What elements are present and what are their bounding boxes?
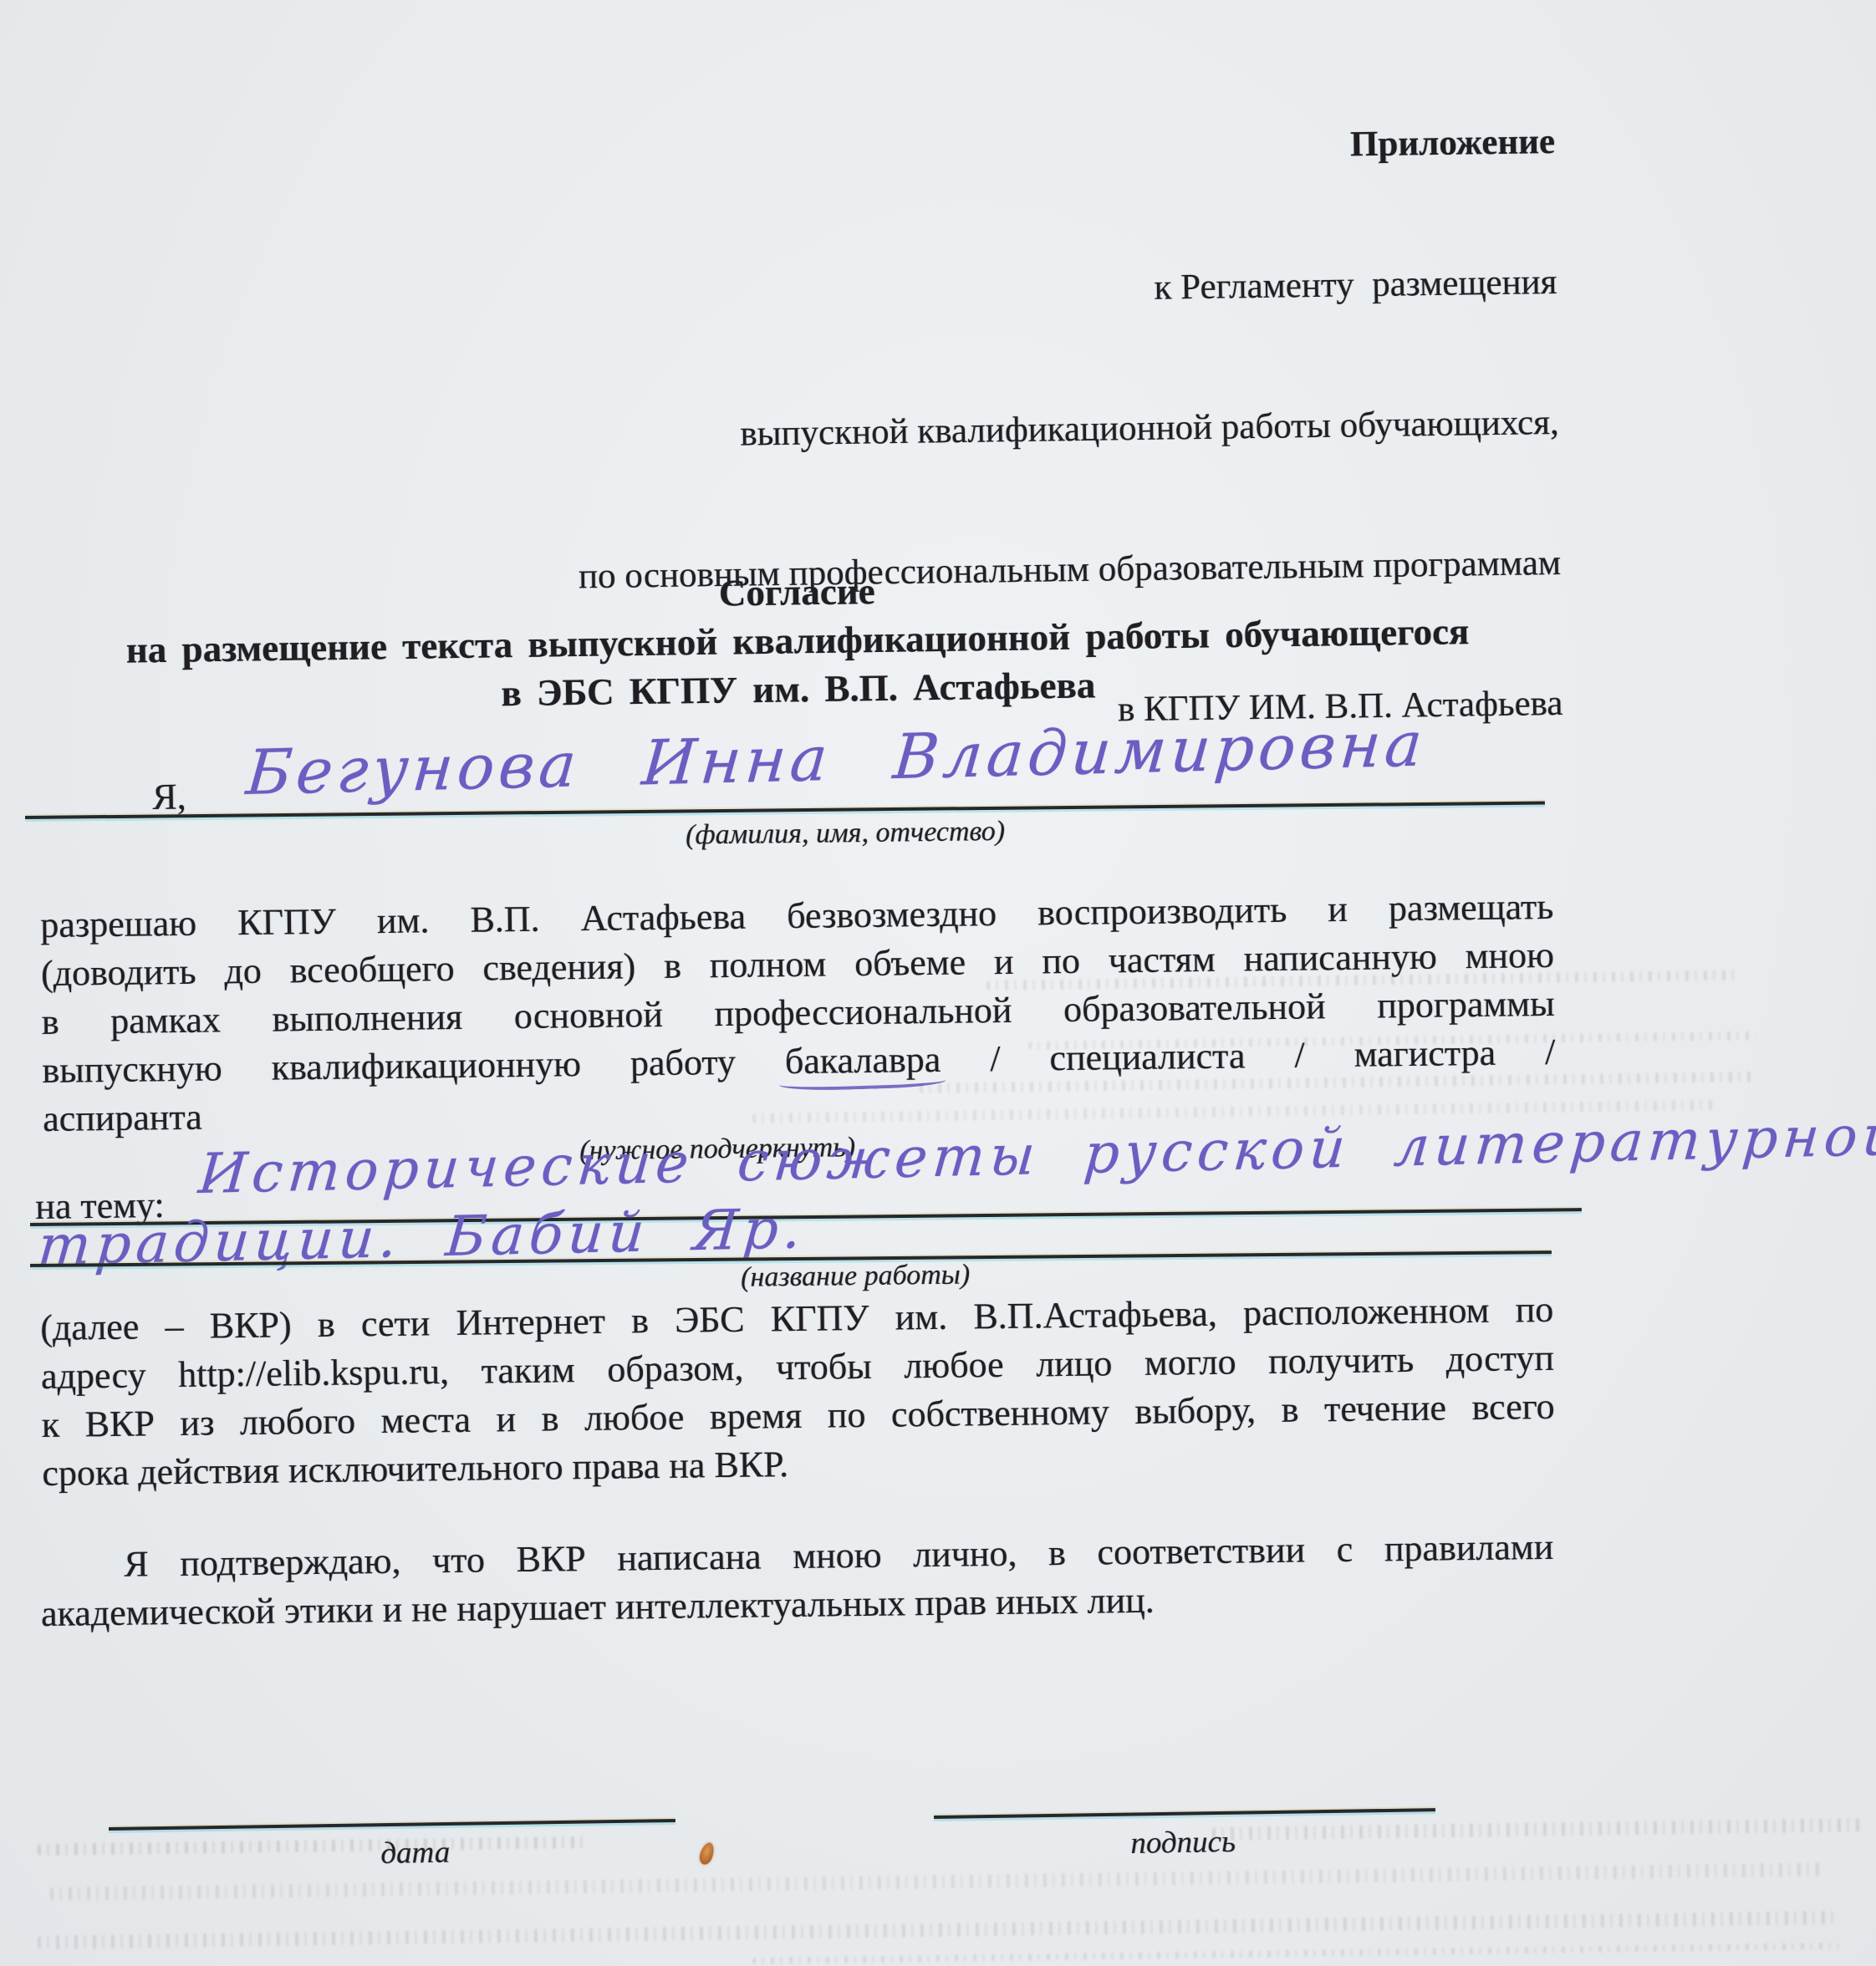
bleed-through-ghost — [1212, 1818, 1864, 1841]
name-caption: (фамилия, имя, отчество) — [686, 816, 1005, 852]
appendix-header-line: выпускной квалификационной работы обучаю… — [576, 400, 1559, 460]
distribution-paragraph: (далее – ВКР) в сети Интернет в ЭБС КГПУ… — [40, 1286, 1556, 1498]
date-signature-line — [109, 1819, 675, 1831]
name-prefix-label: Я, — [152, 775, 186, 818]
appendix-header-line: Приложение — [573, 119, 1556, 179]
bleed-through-ghost — [38, 1836, 589, 1856]
topic-caption: (название работы) — [741, 1259, 970, 1293]
consent-title: Согласие на размещение текста выпускной … — [40, 558, 1555, 724]
signature-line — [934, 1808, 1435, 1819]
paper-stain — [697, 1841, 716, 1866]
degree-bachelor-pen-underlined: бакалавра — [785, 1039, 941, 1082]
confirmation-paragraph: Я подтверждаю, что ВКР написана мною лич… — [40, 1523, 1554, 1638]
permission-paragraph: разрешаю КГПУ им. В.П. Астафьева безвозм… — [40, 883, 1556, 1143]
appendix-header-line: к Регламенту размещения — [574, 259, 1557, 319]
bleed-through-ghost — [38, 1911, 1835, 1949]
scanned-consent-form: Приложение к Регламенту размещения выпус… — [0, 0, 1876, 1966]
degree-text-before: выпускную квалификационную работу — [42, 1042, 736, 1091]
bleed-through-ghost — [50, 1862, 1822, 1901]
bleed-through-ghost — [752, 1943, 1839, 1964]
